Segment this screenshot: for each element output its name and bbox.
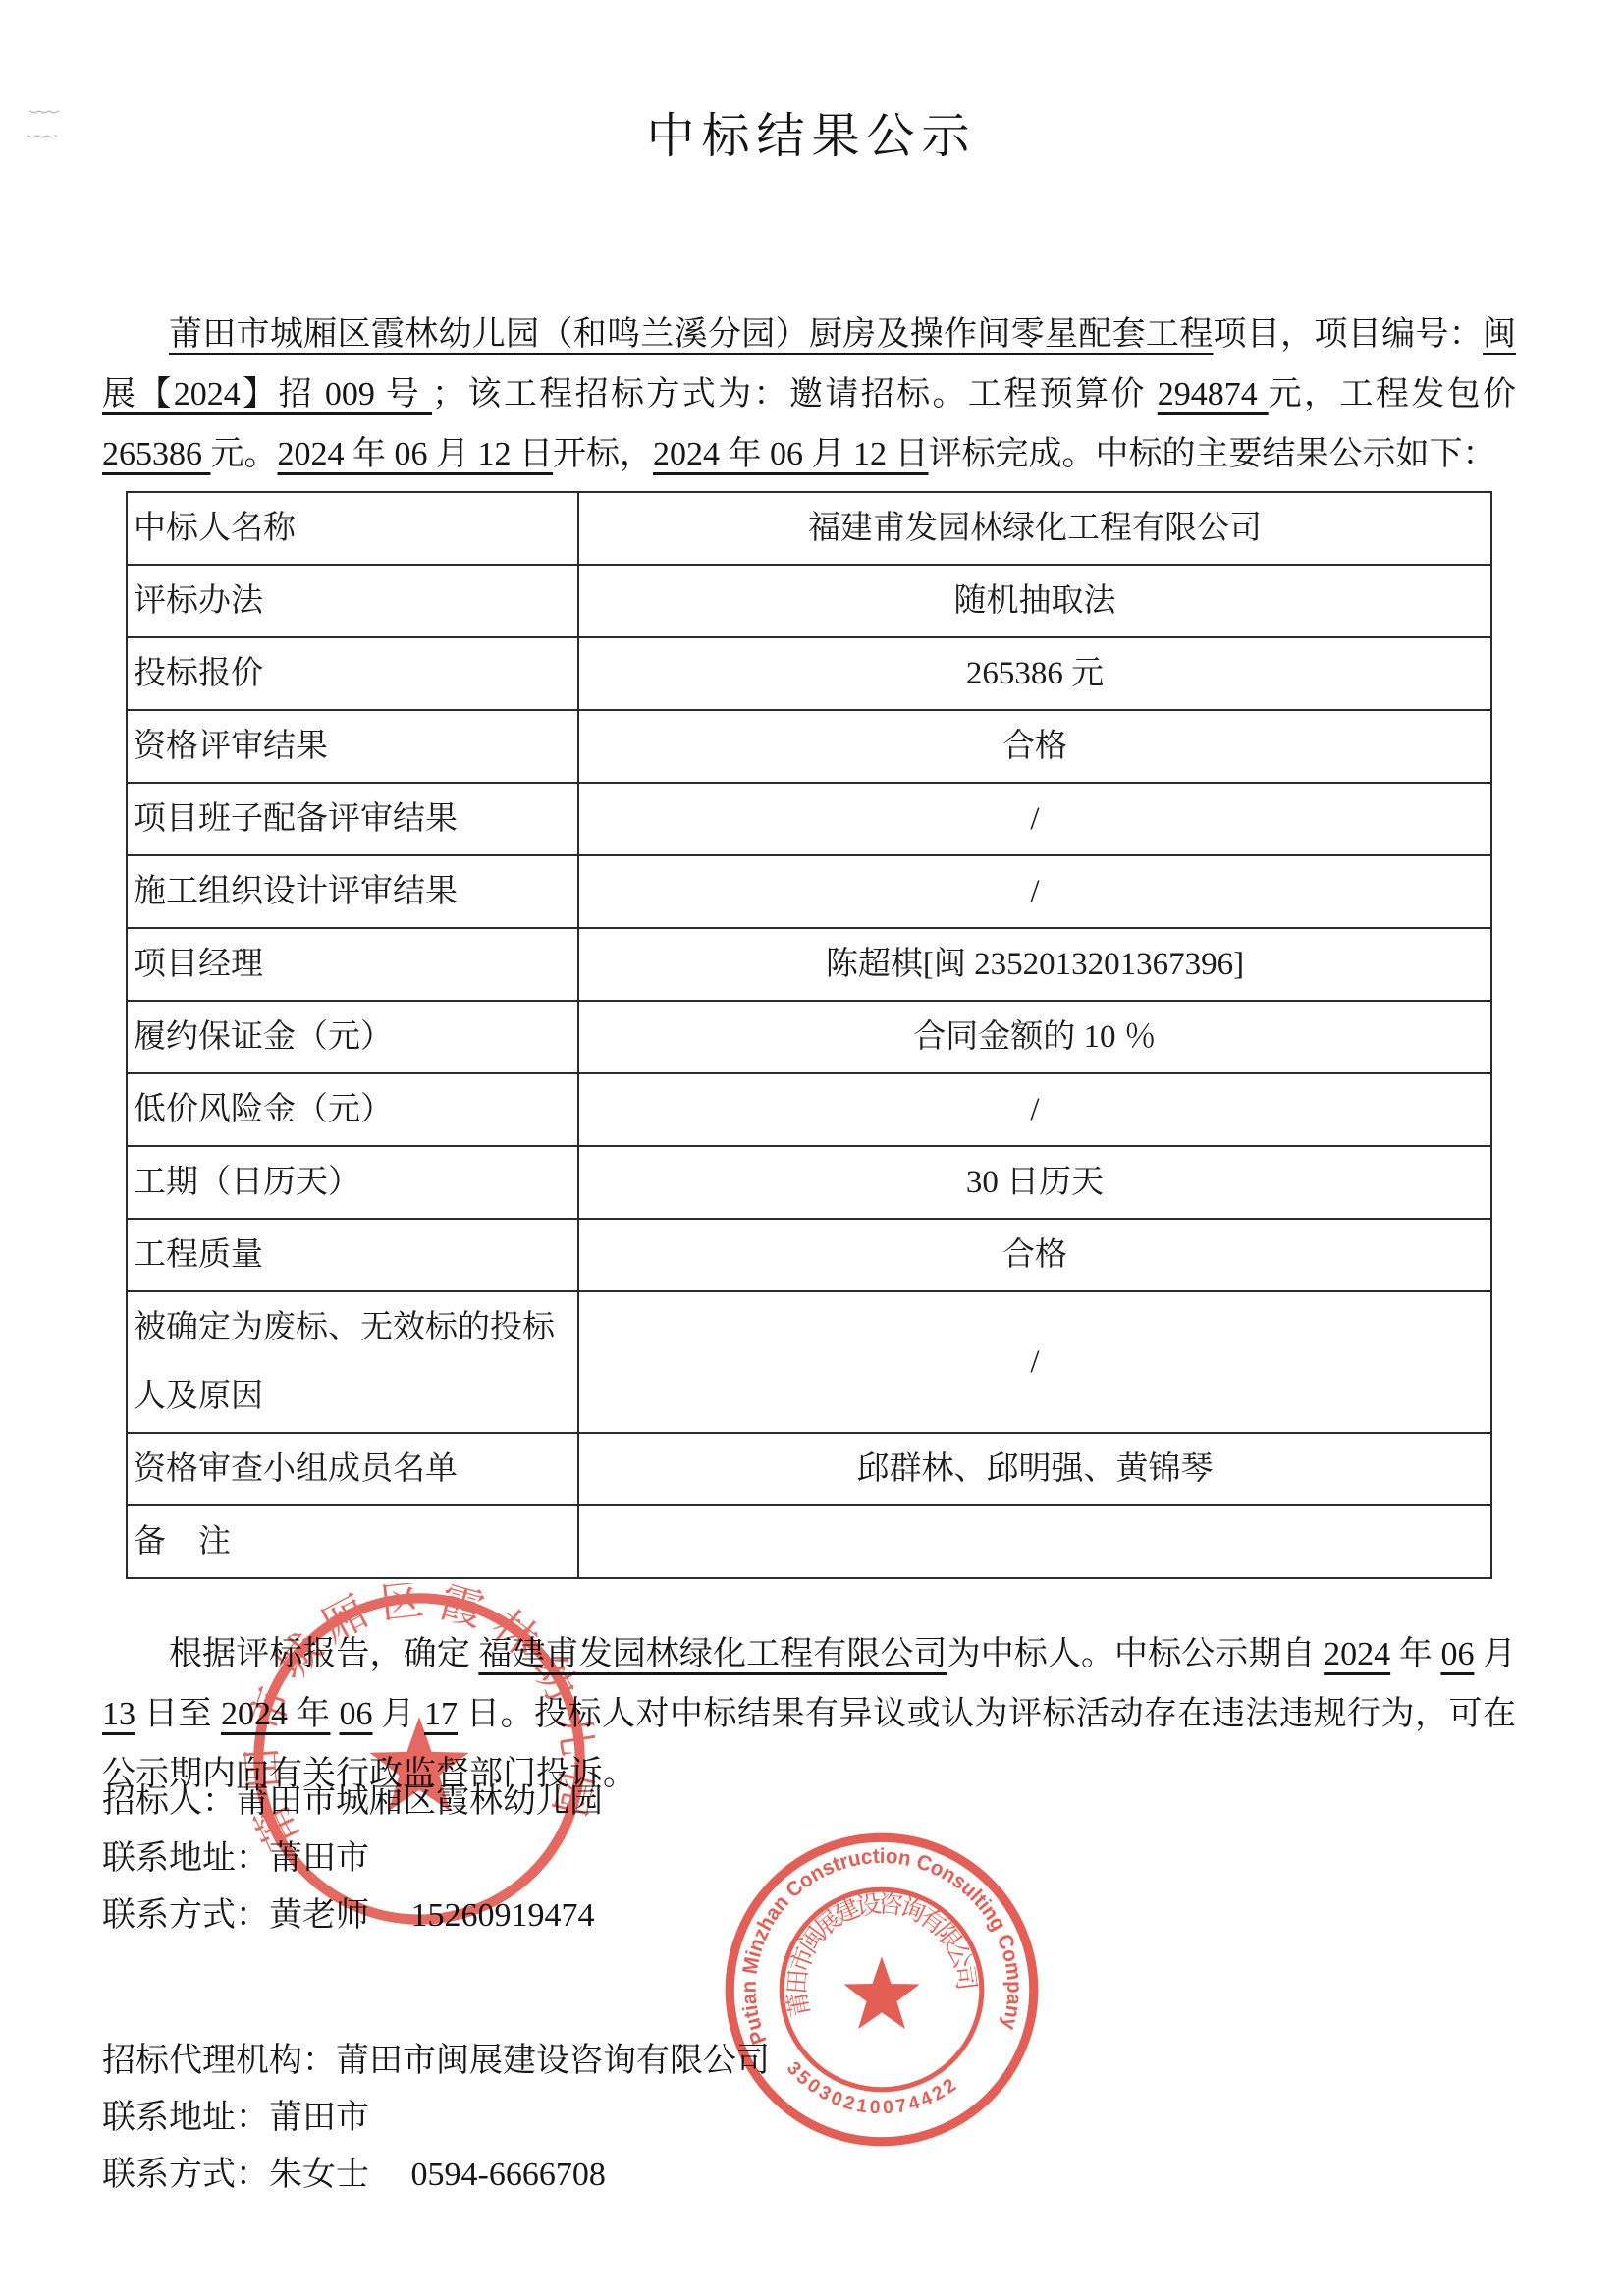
row-label-cell: 工程质量 bbox=[127, 1219, 578, 1291]
star-icon bbox=[843, 1956, 919, 2029]
stamp-inner-ring bbox=[782, 1889, 982, 2090]
stamp-english-arc-text: Putian Minzhan Construction Consulting C… bbox=[737, 1844, 1027, 2048]
row-value-cell: / bbox=[578, 855, 1491, 928]
text-segment: 月 bbox=[373, 1696, 425, 1732]
row-label-cell: 备 注 bbox=[127, 1505, 578, 1578]
row-label-cell: 履约保证金（元） bbox=[127, 1001, 578, 1073]
underlined-text-segment: 2024 年 bbox=[221, 1696, 331, 1732]
text-segment: 项目，项目编号： bbox=[1214, 316, 1483, 353]
table-row: 投标报价265386 元 bbox=[127, 637, 1491, 710]
row-value-cell: 随机抽取法 bbox=[578, 565, 1491, 637]
table-row: 低价风险金（元）/ bbox=[127, 1073, 1491, 1146]
text-segment: 日至 bbox=[135, 1696, 221, 1732]
tenderer-contact-block: 招标人：莆田市城厢区霞林幼儿园 联系地址：莆田市 联系方式：黄老师 152609… bbox=[102, 1774, 603, 1944]
bid-result-table: 中标人名称福建甫发园林绿化工程有限公司评标办法随机抽取法投标报价265386 元… bbox=[126, 491, 1492, 1579]
agency-phone-line: 联系方式：朱女士 0594-6666708 bbox=[102, 2147, 770, 2204]
underlined-text-segment: 06 bbox=[1440, 1636, 1474, 1672]
stamp-outer-ring bbox=[730, 1837, 1034, 2142]
text-segment bbox=[331, 1696, 340, 1732]
text-segment: 开标， bbox=[553, 436, 653, 472]
table-row: 评标办法随机抽取法 bbox=[127, 565, 1491, 637]
svg-text:莆田市闽展建设咨询有限公司: 莆田市闽展建设咨询有限公司 bbox=[783, 1889, 981, 2019]
tenderer-phone-line: 联系方式：黄老师 15260919474 bbox=[102, 1887, 603, 1944]
row-label-cell: 资格评审结果 bbox=[127, 710, 578, 783]
text-segment: 元。 bbox=[211, 436, 278, 472]
row-value-cell: 福建甫发园林绿化工程有限公司 bbox=[578, 492, 1491, 565]
tenderer-address-line: 联系地址：莆田市 bbox=[102, 1831, 603, 1887]
text-segment: 月 bbox=[1474, 1636, 1516, 1672]
table-row: 备 注 bbox=[127, 1505, 1491, 1578]
row-value-cell: 30 日历天 bbox=[578, 1146, 1491, 1219]
row-value-cell bbox=[578, 1505, 1491, 1578]
table-row: 资格评审结果合格 bbox=[127, 710, 1491, 783]
agency-contact-block: 招标代理机构：莆田市闽展建设咨询有限公司 联系地址：莆田市 联系方式：朱女士 0… bbox=[102, 2033, 770, 2204]
row-value-cell: 合同金额的 10 ％ bbox=[578, 1001, 1491, 1073]
row-label-cell: 被确定为废标、无效标的投标人及原因 bbox=[127, 1291, 578, 1433]
table-row: 工程质量合格 bbox=[127, 1219, 1491, 1291]
svg-text:Putian Minzhan Construction Co: Putian Minzhan Construction Consulting C… bbox=[737, 1844, 1027, 2048]
row-value-cell: / bbox=[578, 1073, 1491, 1146]
underlined-text-segment: 2024 bbox=[1324, 1636, 1390, 1672]
table-row: 项目班子配备评审结果/ bbox=[127, 783, 1491, 855]
table-row: 被确定为废标、无效标的投标人及原因/ bbox=[127, 1291, 1491, 1433]
text-segment: 元，工程发包价 bbox=[1269, 376, 1516, 412]
text-segment: 为中标人。中标公示期自 bbox=[947, 1636, 1325, 1672]
underlined-text-segment: 2024 年 06 月 12 日 bbox=[653, 436, 929, 472]
table-row: 工期（日历天）30 日历天 bbox=[127, 1146, 1491, 1219]
agency-address-line: 联系地址：莆田市 bbox=[102, 2090, 770, 2147]
underlined-text-segment: 13 bbox=[102, 1696, 135, 1732]
stamp-number-arc-text: 35030210074422 bbox=[783, 2057, 962, 2118]
text-segment: 年 bbox=[1390, 1636, 1440, 1672]
table-row: 资格审查小组成员名单邱群林、邱明强、黄锦琴 bbox=[127, 1433, 1491, 1505]
row-value-cell: 邱群林、邱明强、黄锦琴 bbox=[578, 1433, 1491, 1505]
stamp-chinese-arc-text: 莆田市闽展建设咨询有限公司 bbox=[783, 1889, 981, 2019]
row-label-cell: 中标人名称 bbox=[127, 492, 578, 565]
intro-paragraph: 莆田市城厢区霞林幼儿园（和鸣兰溪分园）厨房及操作间零星配套工程项目，项目编号：闽… bbox=[102, 304, 1516, 484]
underlined-text-segment: 06 bbox=[340, 1696, 373, 1732]
underlined-text-segment: 265386 bbox=[102, 436, 211, 472]
row-label-cell: 评标办法 bbox=[127, 565, 578, 637]
table-row: 项目经理陈超棋[闽 2352013201367396] bbox=[127, 928, 1491, 1001]
underlined-text-segment: 2024 年 06 月 12 日 bbox=[278, 436, 554, 472]
table-row: 中标人名称福建甫发园林绿化工程有限公司 bbox=[127, 492, 1491, 565]
row-label-cell: 施工组织设计评审结果 bbox=[127, 855, 578, 928]
table-row: 施工组织设计评审结果/ bbox=[127, 855, 1491, 928]
page-title: 中标结果公示 bbox=[0, 98, 1623, 167]
row-label-cell: 资格审查小组成员名单 bbox=[127, 1433, 578, 1505]
row-label-cell: 低价风险金（元） bbox=[127, 1073, 578, 1146]
svg-text:35030210074422: 35030210074422 bbox=[783, 2057, 962, 2118]
text-segment: ；该工程招标方式为：邀请招标。工程预算价 bbox=[432, 376, 1158, 412]
underlined-text-segment: 294874 bbox=[1158, 376, 1269, 412]
scanned-document-page: ﹏ ﹋ 中标结果公示 莆田市城厢区霞林幼儿园（和鸣兰溪分园）厨房及操作间零星配套… bbox=[0, 0, 1623, 2296]
table-row: 履约保证金（元）合同金额的 10 ％ bbox=[127, 1001, 1491, 1073]
row-label-cell: 投标报价 bbox=[127, 637, 578, 710]
underlined-text-segment: 莆田市城厢区霞林幼儿园（和鸣兰溪分园）厨房及操作间零星配套工程 bbox=[169, 316, 1214, 353]
row-label-cell: 工期（日历天） bbox=[127, 1146, 578, 1219]
agency-name-line: 招标代理机构：莆田市闽展建设咨询有限公司 bbox=[102, 2033, 770, 2090]
text-segment: 评标完成。中标的主要结果公示如下： bbox=[929, 436, 1496, 472]
bid-result-table-body: 中标人名称福建甫发园林绿化工程有限公司评标办法随机抽取法投标报价265386 元… bbox=[127, 492, 1491, 1578]
underlined-text-segment: 17 bbox=[424, 1696, 458, 1732]
row-value-cell: 陈超棋[闽 2352013201367396] bbox=[578, 928, 1491, 1001]
row-label-cell: 项目经理 bbox=[127, 928, 578, 1001]
row-value-cell: / bbox=[578, 1291, 1491, 1433]
row-label-cell: 项目班子配备评审结果 bbox=[127, 783, 578, 855]
row-value-cell: 合格 bbox=[578, 1219, 1491, 1291]
row-value-cell: 265386 元 bbox=[578, 637, 1491, 710]
row-value-cell: 合格 bbox=[578, 710, 1491, 783]
text-segment: 根据评标报告，确定 bbox=[169, 1636, 478, 1672]
underlined-text-segment: 福建甫发园林绿化工程有限公司 bbox=[478, 1636, 947, 1672]
tenderer-name-line: 招标人：莆田市城厢区霞林幼儿园 bbox=[102, 1774, 603, 1831]
row-value-cell: / bbox=[578, 783, 1491, 855]
